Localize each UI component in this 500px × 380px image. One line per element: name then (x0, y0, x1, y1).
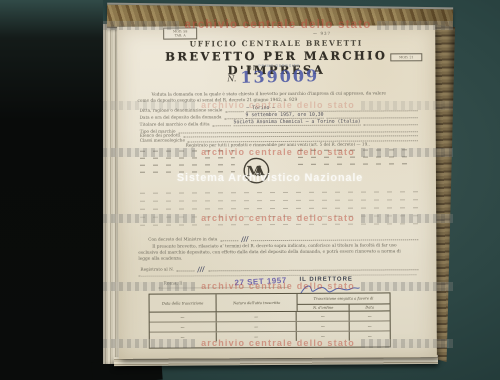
number-label: N. (227, 74, 236, 83)
field-value: 9 settembre 1957, ore 10,30 (246, 113, 324, 119)
blank-line (140, 191, 418, 193)
mod-stamp-line2: TAB. A (166, 33, 194, 37)
office-header: UFFICIO CENTRALE BREVETTI (117, 38, 435, 49)
table-cell: — (297, 312, 350, 321)
blank-line (298, 149, 410, 151)
blank-line (140, 207, 418, 209)
table-cell: — (350, 331, 390, 340)
table-cell: — (150, 312, 217, 321)
table-subheader-row: N. d'ordine Data (298, 304, 390, 310)
handwritten-slashes: /// (198, 267, 206, 272)
table-cell: — (297, 322, 350, 331)
registration-number-stamp: 139009 (240, 66, 319, 87)
handwritten-slashes: /// (241, 237, 249, 242)
table-cell: — (150, 332, 217, 341)
table-col2-header: Natura dell'atto trascritto (217, 294, 298, 311)
table-group-header: Trascrizione eseguita a favore di (298, 293, 390, 304)
dotted-leader (225, 110, 243, 112)
table-sub2-header: Data (350, 304, 390, 310)
dotted-leader (220, 239, 238, 241)
blank-line (298, 156, 410, 158)
scanned-document-photo: MOD. 58 TAB. A — 937 UFFICIO CENTRALE BR… (0, 0, 500, 380)
table-cell: — (350, 311, 390, 320)
trademark-monogram-logo: M A (242, 156, 271, 185)
blank-line (140, 157, 235, 158)
blank-line (140, 215, 418, 217)
decree-row: Con decreto del Ministro in data /// (148, 235, 418, 241)
registered-label: Registrato al N. (140, 267, 173, 272)
dotted-rule (158, 286, 288, 289)
intro-paragraph: Veduta la domanda con la quale è stato c… (137, 91, 419, 104)
field-row-owner: Titolare del marchio o della ditta Socie… (140, 119, 418, 126)
book-fore-edge-right (434, 24, 455, 362)
field-label: Titolare del marchio o della ditta (140, 121, 210, 126)
registration-note: Registrato per tutti i prodotti e rinnov… (158, 141, 398, 147)
table-cell: — (297, 332, 350, 341)
blank-line (140, 164, 235, 165)
table-col1-header: Data della trascrizione (150, 294, 217, 311)
dotted-leader (364, 123, 418, 125)
blank-line (140, 223, 418, 225)
table-cell: — (216, 322, 297, 331)
dotted-leader (225, 117, 243, 119)
blank-line (140, 199, 418, 201)
blank-line (140, 150, 235, 151)
mod-stamp-box: MOD. 58 TAB. A (163, 27, 197, 39)
monogram-letter-a: A (253, 164, 265, 179)
legal-paragraph: Il presente brevetto, rilasciato a' term… (138, 243, 426, 263)
dotted-leader (177, 269, 195, 271)
intro-line2: come da deposito eseguito ai sensi del R… (138, 97, 420, 104)
blank-line (140, 171, 235, 172)
table-cell: — (350, 321, 390, 330)
scanner-background-left (0, 0, 103, 380)
registered-row: Registrato al N. /// (140, 265, 418, 271)
blank-line (298, 163, 410, 165)
table-cell: — (216, 312, 297, 321)
dotted-leader (252, 238, 419, 241)
table-header-row: Data della trascrizione Natura dell'atto… (150, 293, 390, 312)
legal-line3: legge alla scadenza. (138, 255, 426, 263)
dotted-leader (213, 124, 231, 126)
corner-stamp-box: MOD. 21 (390, 53, 422, 61)
table-sub1-header: N. d'ordine (298, 305, 350, 311)
transcription-table: Data della trascrizione Natura dell'atto… (149, 292, 391, 348)
page-number: — 937 (313, 31, 331, 36)
dotted-leader (208, 268, 418, 271)
table-cell: — (150, 322, 217, 331)
certificate-page: MOD. 58 TAB. A — 937 UFFICIO CENTRALE BR… (117, 25, 437, 359)
table-group-col: Trascrizione eseguita a favore di N. d'o… (298, 293, 390, 310)
field-value: — Torino — (246, 106, 275, 112)
stamp-tick-mark: ¦ (298, 71, 301, 80)
field-value: Società Anonima Chemical — a Torino (Ita… (234, 120, 361, 127)
table-cell: — (216, 332, 297, 341)
decree-label: Con decreto del Ministro in data (148, 236, 217, 241)
field-label: Ditta, ragione o denominazione sociale (140, 107, 223, 112)
table-row: — — — — (150, 331, 390, 341)
field-label: Data e ora del deposito della domanda (140, 114, 222, 119)
field-label: Classi merceologiche (140, 137, 185, 142)
